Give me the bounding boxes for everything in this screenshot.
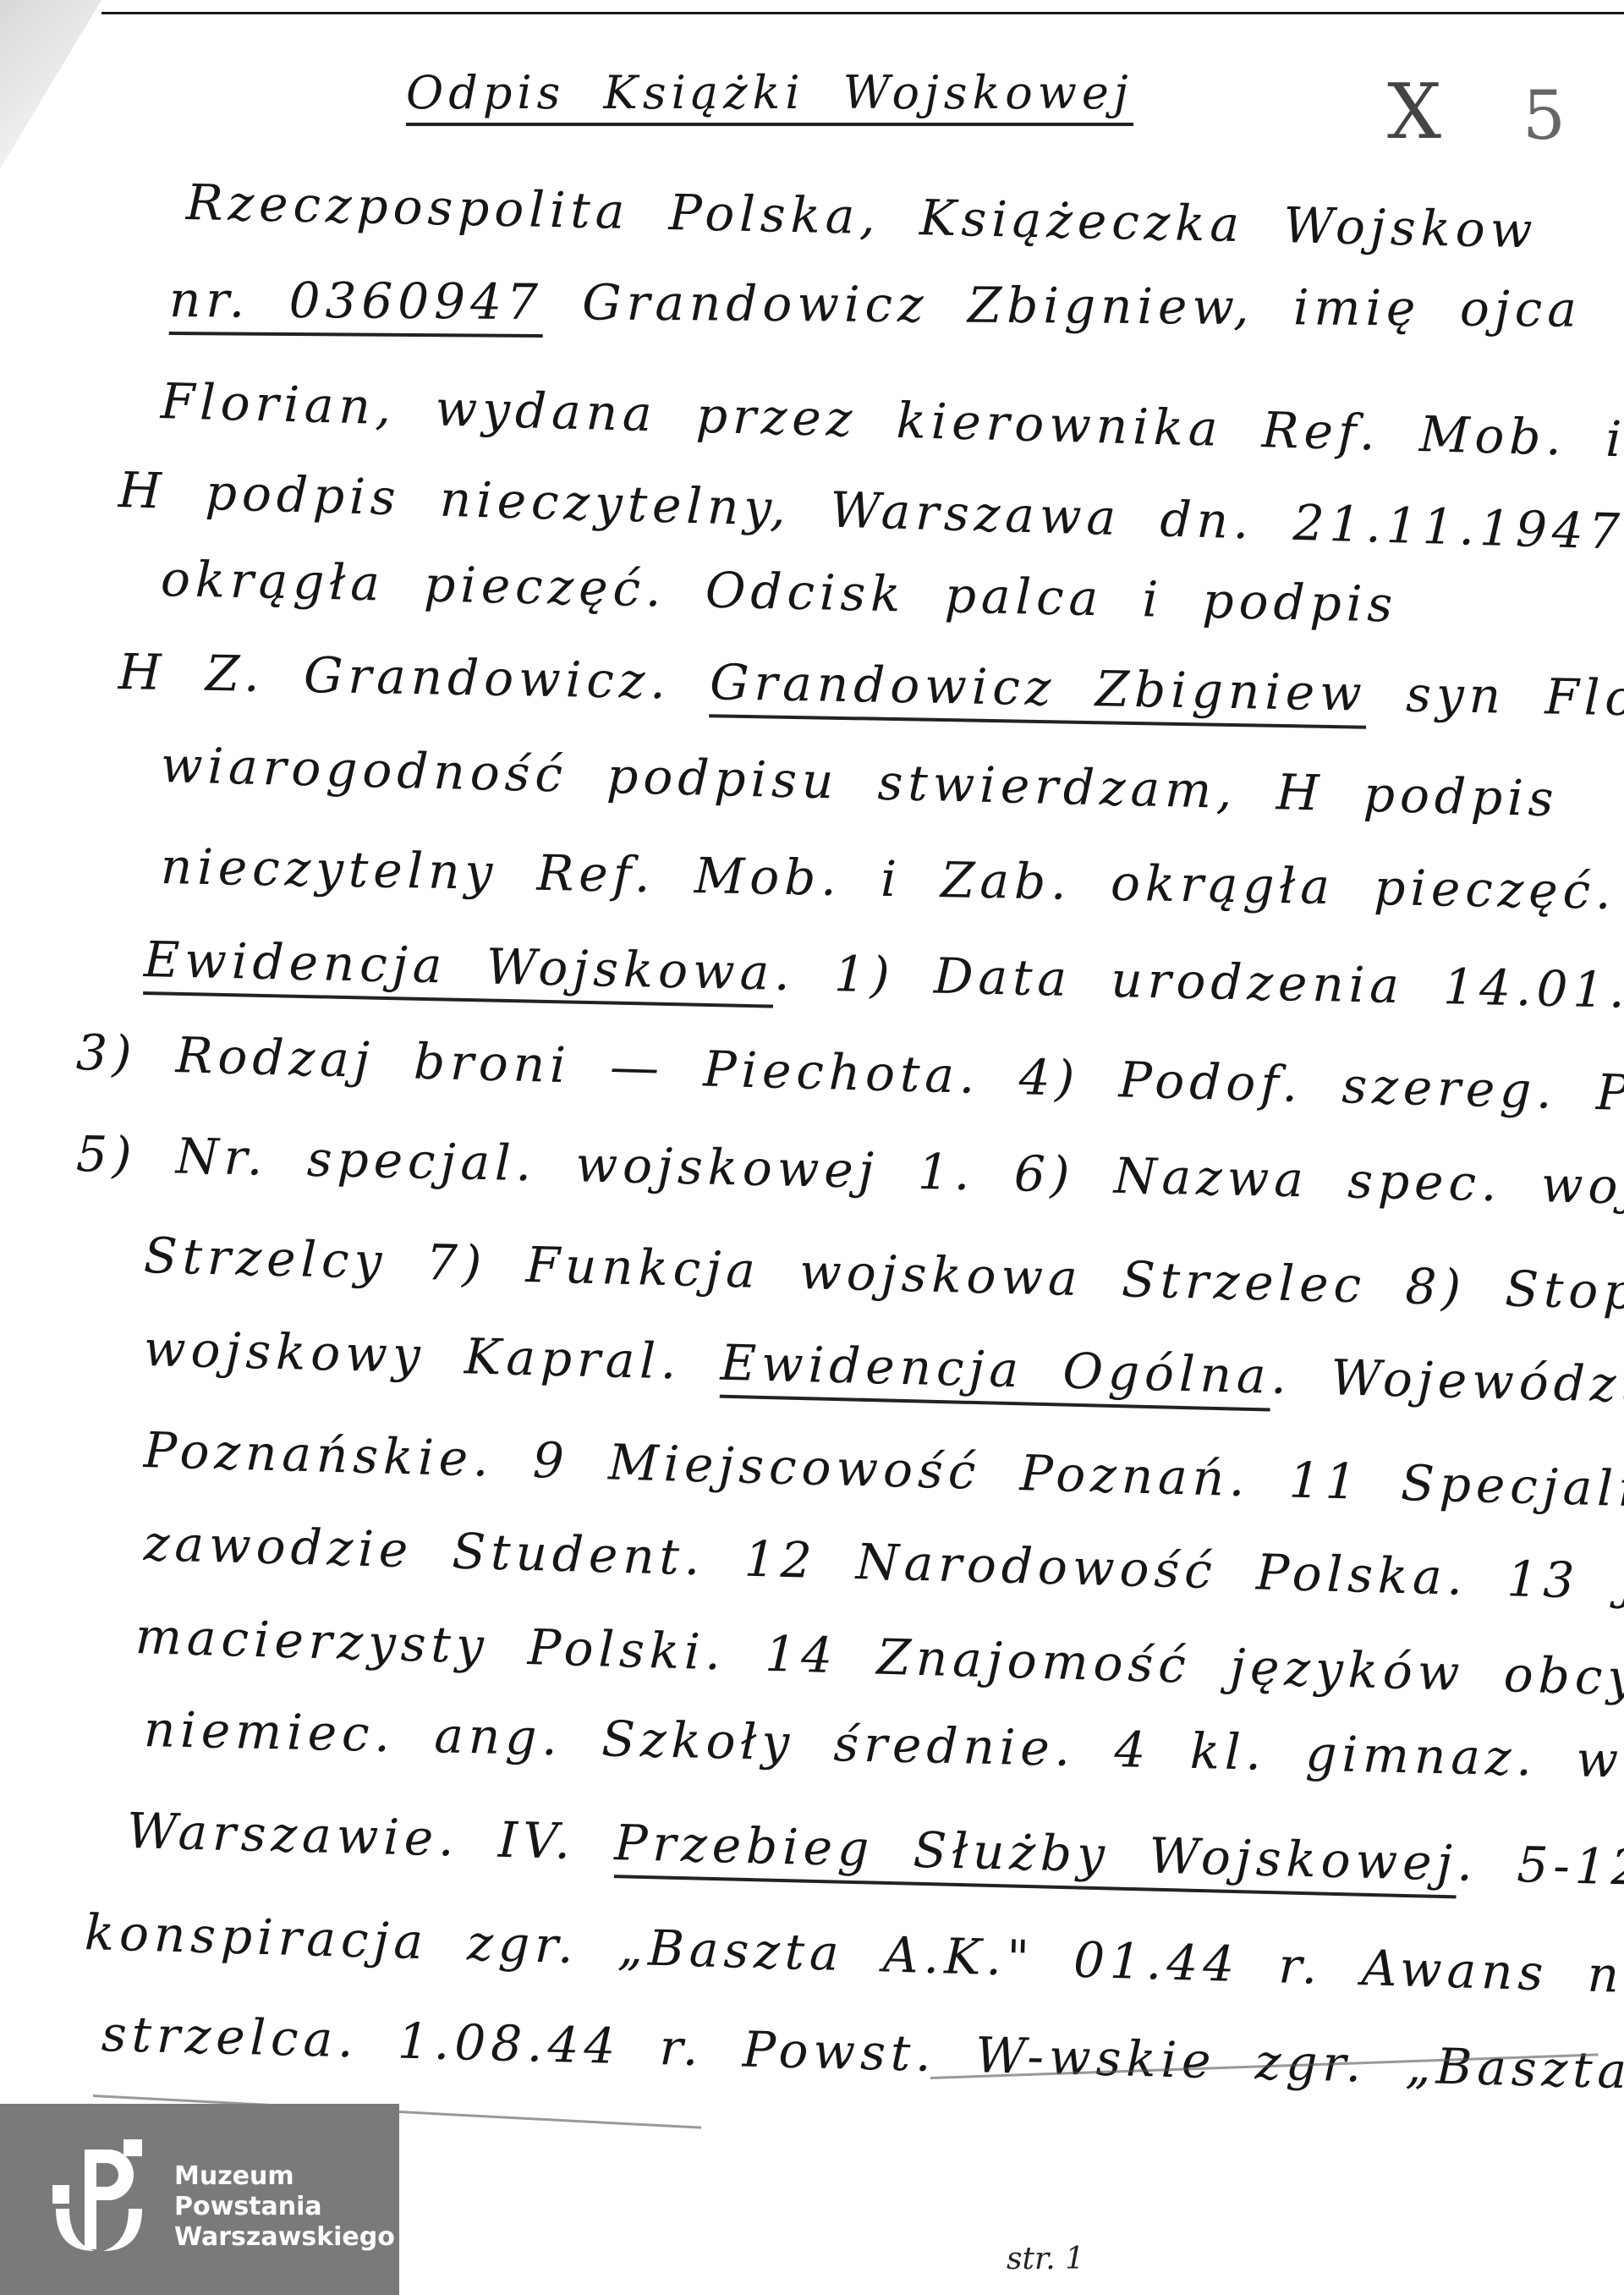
handwritten-line: 5) Nr. specjal. wojskowej 1. 6) Nazwa sp…	[75, 1125, 1624, 1220]
handwritten-line: Ewidencja Wojskowa. 1) Data urodzenia 14…	[143, 931, 1624, 1024]
handwritten-mark-5: 5	[1522, 76, 1566, 155]
handwritten-line: nieczytelny Ref. Mob. i Zab. okrągła pie…	[160, 837, 1616, 920]
museum-watermark: Muzeum Powstania Warszawskiego	[0, 2104, 399, 2295]
scanned-document-page: Odpis Książki Wojskowej X 5 Rzeczpospoli…	[0, 0, 1624, 2295]
museum-name-line1: Muzeum	[174, 2161, 395, 2192]
handwritten-line: H Z. Grandowicz. Grandowicz Zbigniew syn…	[118, 643, 1624, 730]
handwritten-line: Florian, wydana przez kierownika Ref. Mo…	[160, 372, 1624, 471]
museum-name: Muzeum Powstania Warszawskiego	[174, 2161, 395, 2253]
museum-name-line3: Warszawskiego	[174, 2222, 395, 2253]
document-title: Odpis Książki Wojskowej	[406, 66, 1133, 119]
handwritten-line: 3) Rodzaj broni — Piechota. 4) Podof. sz…	[75, 1024, 1624, 1127]
handwritten-line: konspiracja zgr. „Baszta A.K." 01.44 r. …	[84, 1903, 1624, 2008]
document-title-text: Odpis Książki Wojskowej	[406, 66, 1133, 126]
underlined-heading: nr. 0360947	[169, 271, 543, 338]
underlined-heading: Ewidencja Wojskowa	[143, 931, 775, 1008]
underlined-heading: Grandowicz Zbigniew	[709, 653, 1367, 729]
handwritten-line: Rzeczpospolita Polska, Książeczka Wojsko…	[185, 173, 1538, 259]
handwritten-line: H podpis nieczytelny, Warszawa dn. 21.11…	[118, 461, 1624, 563]
page-number: str. 1	[1007, 2242, 1084, 2276]
handwritten-line: wiarogodność podpisu stwierdzam, H podpi…	[160, 736, 1559, 827]
handwritten-line: nr. 0360947 Grandowicz Zbigniew, imię oj…	[169, 271, 1582, 338]
top-edge-line	[101, 12, 1624, 14]
handwritten-line: strzelca. 1.08.44 r. Powst. W-wskie zgr.…	[101, 2005, 1624, 2105]
handwritten-line: macierzysty Polski. 14 Znajomość języków…	[134, 1607, 1624, 1709]
handwritten-line: Strzelcy 7) Funkcja wojskowa Strzelec 8)…	[143, 1227, 1624, 1323]
handwritten-line: Warszawie. IV. Przebieg Służby Wojskowej…	[126, 1802, 1624, 1902]
handwritten-line: okrągła pieczęć. Odcisk palca i podpis	[160, 550, 1398, 634]
handwritten-line: niemiec. ang. Szkoły średnie. 4 kl. gimn…	[143, 1700, 1623, 1789]
folded-corner	[0, 0, 101, 169]
museum-name-line2: Powstania	[174, 2192, 395, 2222]
handwritten-line: zawodzie Student. 12 Narodowość Polska. …	[143, 1514, 1624, 1615]
underlined-heading: Ewidencja Ogólna	[720, 1334, 1272, 1412]
underlined-heading: Przebieg Służby Wojskowej	[614, 1814, 1458, 1898]
handwritten-line: wojskowy Kapral. Ewidencja Ogólna. Wojew…	[143, 1320, 1624, 1416]
handwritten-line: Poznańskie. 9 Miejscowość Poznań. 11 Spe…	[143, 1421, 1624, 1523]
kotwica-anchor-icon	[52, 2139, 154, 2258]
handwritten-mark-x: X	[1387, 68, 1441, 156]
